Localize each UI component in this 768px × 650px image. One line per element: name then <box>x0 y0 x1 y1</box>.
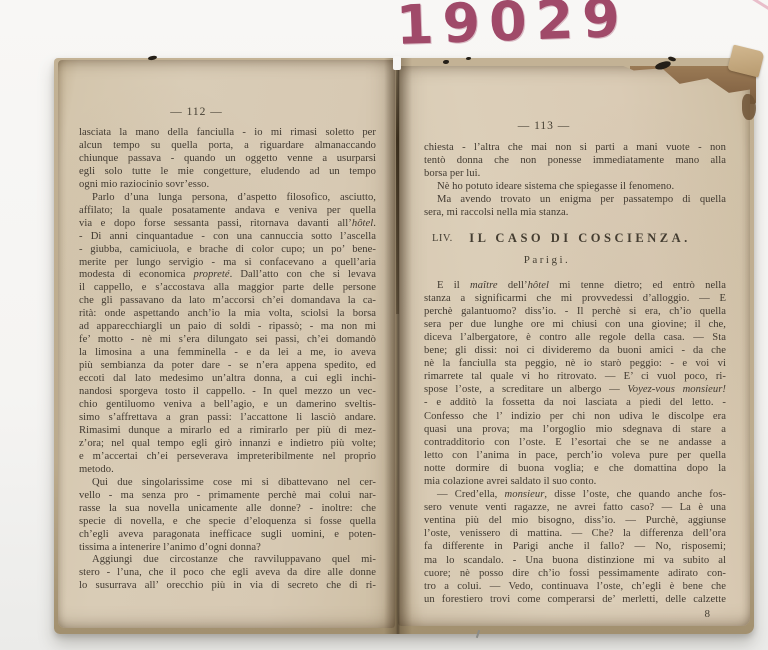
text-line: e m’accertai ch’ei perseverava impreteri… <box>79 451 376 464</box>
chapter-heading: LIV. IL CASO DI COSCIENZA. <box>424 231 726 248</box>
text-line: fa differente in Parigi anche il fallo? … <box>424 540 726 553</box>
corner-stain <box>742 94 756 120</box>
text-line: ch’egli aveva paragonata inefficace sugl… <box>79 529 376 542</box>
text-line: notte dormire di buona voglia; e che dom… <box>424 462 726 475</box>
text-line: sero venute venti ragazze, ne avrei fatt… <box>424 501 726 514</box>
text-line: chiunque passava - quando un oggetto ven… <box>79 153 376 166</box>
handwritten-inventory-number: 19029 <box>395 0 630 57</box>
text-line: cuore; nè posso dire ch’io fossi pessima… <box>424 567 726 580</box>
text-line: tentò donna che non ponesse immediatamen… <box>424 154 726 167</box>
text-line: modesta di economica propreté. Dall’atto… <box>79 269 376 282</box>
text-line: borsa per lui. <box>424 167 726 180</box>
text-line: un forestiero trovi come comperarsi de’ … <box>424 593 726 606</box>
text-line: eccoti dal lato medesimo un’altra donna,… <box>79 373 376 386</box>
text-line: egli solo tutte le mie congetture, elude… <box>79 166 376 179</box>
page-right-113: — 113 — chiesta - l’altra che mai non si… <box>398 66 750 626</box>
text-line: fe’ motto - nè mi s’era dilungato sei pa… <box>79 334 376 347</box>
text-line: Ma avendo trovato un enigma per passatem… <box>424 193 726 206</box>
text-line: sera per due lunghe ore mi chiusi con un… <box>424 318 726 331</box>
pink-marker-scratch <box>731 0 768 11</box>
chapter-subtitle: Parigi. <box>398 254 696 266</box>
text-line: diceva l’albergatore, è contro alle rego… <box>424 331 726 344</box>
text-line: - Di anni cinquantadue - con una cannucc… <box>79 231 376 244</box>
text-line: stanza a significarmi che mi provvedessi… <box>424 292 726 305</box>
text-line: letto con l’anima in pace, perch’io vole… <box>424 449 726 462</box>
text-line: che gli passavano da lato m’accorsi ch’e… <box>79 295 376 308</box>
text-line: il cappello, e s’accostava alla maggior … <box>79 282 376 295</box>
gutter-top-gap <box>393 56 401 70</box>
text-line: ad apparecchiargli un paio di soldi - ri… <box>79 321 376 334</box>
text-line: spose l’oste, a screditare un albergo — … <box>424 383 726 396</box>
text-line: chiesta - l’altra che mai non si parti a… <box>424 141 726 154</box>
text-line: alcun tempo su quella porta, a riguardar… <box>79 140 376 153</box>
text-line: — Cred’ella, monsieur, disse l’oste, che… <box>424 488 726 501</box>
page-113-text-top: chiesta - l’altra che mai non si parti a… <box>398 141 750 220</box>
text-line: più sembianza da poter dare - se n’era a… <box>79 360 376 373</box>
text-line: contradditorio con l’oste. E l’esortai c… <box>424 436 726 449</box>
signature-mark: 8 <box>398 606 750 620</box>
text-line: Confesso che l’ indizio per chi non udiv… <box>424 410 726 423</box>
text-line: rasse la sua novella unicamente alle don… <box>79 503 376 516</box>
chapter-number: LIV. <box>432 233 453 244</box>
page-left-112: — 112 — lasciata la mano della fanciulla… <box>58 60 395 628</box>
text-line: l’oste, venissero di mattina. — Che? la … <box>424 527 726 540</box>
text-line: Parlo d’una lunga persona, d’aspetto fil… <box>79 192 376 205</box>
text-line: Rimasimi dunque a mirarlo ed a rimirarlo… <box>79 425 376 438</box>
text-line: Aggiungi due circostanze che ravviluppav… <box>79 554 376 567</box>
text-line: Qui due singolarissime cose mi si dibatt… <box>79 477 376 490</box>
text-line: via e dopo forse sessanta passi, ritorna… <box>79 218 376 231</box>
text-line: ma lo scandalo. - Una buona distinzione … <box>424 554 726 567</box>
text-line: ogni mio raziocinio sovr’esso. <box>79 179 376 192</box>
page-number-112: — 112 — <box>58 106 335 118</box>
text-line: rità: onde aspettando anch’io la mia vol… <box>79 308 376 321</box>
text-line: chio gentiluomo veniva a bell’agio, e un… <box>79 399 376 412</box>
chapter-title: IL CASO DI COSCIENZA. <box>464 231 696 246</box>
text-line: specie di novella, e che specie d’eloque… <box>79 516 376 529</box>
text-line: sera, mi raccolsi nella mia stanza. <box>424 206 726 219</box>
text-line: tissima a intenerire l’animo d’ogni donn… <box>79 542 376 555</box>
page-113-text-body: E il maître dell’hôtel mi tenne dietro; … <box>398 279 750 606</box>
page-112-text: lasciata la mano della fanciulla - io mi… <box>58 127 395 593</box>
book-photo-scene: 19029 — 112 — lasciata la mano della fan… <box>0 0 768 650</box>
text-line: stero - l’una, che il poco che egli avev… <box>79 567 376 580</box>
text-line: rimarrete tal quale vi ho ritrovato. — E… <box>424 370 726 383</box>
text-line: quasi una prova; ma l’orgoglio mio sdegn… <box>424 423 726 436</box>
text-line: perchè galantuomo? diss’io. - Il perchè … <box>424 305 726 318</box>
book-gutter-line <box>396 64 399 314</box>
text-line: lo susurrava all’ orecchio più in via di… <box>79 580 376 593</box>
text-line: Nè ho potuto ideare sistema che spiegass… <box>424 180 726 193</box>
text-line: lasciata la mano della fanciulla - io mi… <box>79 127 376 140</box>
page-number-113: — 113 — <box>398 120 690 132</box>
text-line: la limosina a una femminella - e da lei … <box>79 347 376 360</box>
text-line: E il maître dell’hôtel mi tenne dietro; … <box>424 279 726 292</box>
text-line: affilato; la quale posatamente andava e … <box>79 205 376 218</box>
text-line: - giubba, camiciuola, e brache di color … <box>79 244 376 257</box>
text-line: tro a colui. — Vedo, continuava l’oste, … <box>424 580 726 593</box>
text-line: vello - ma senza pro - primamente perchè… <box>79 490 376 503</box>
text-line: metodo. <box>79 464 376 477</box>
text-line: simo s’affrettava a gran passi: l’accatt… <box>79 412 376 425</box>
text-line: ventina più del mio bisogno, diss’io. — … <box>424 514 726 527</box>
text-line: merite per lungo servigio - ma si confac… <box>79 257 376 270</box>
text-line: nandosi sporgeva tosto il cappello. - In… <box>79 386 376 399</box>
text-line: nè la fanciulla sta peggio, nè io starò … <box>424 357 726 370</box>
text-line: bene; gli dissi: noi ci divideremo da bu… <box>424 344 726 357</box>
text-line: z’ora; nel qual tempo egli girò innanzi … <box>79 438 376 451</box>
text-line: - e additò la fossetta da noi lasciata a… <box>424 396 726 409</box>
text-line: mia colazione avrei saldato il suo conto… <box>424 475 726 488</box>
